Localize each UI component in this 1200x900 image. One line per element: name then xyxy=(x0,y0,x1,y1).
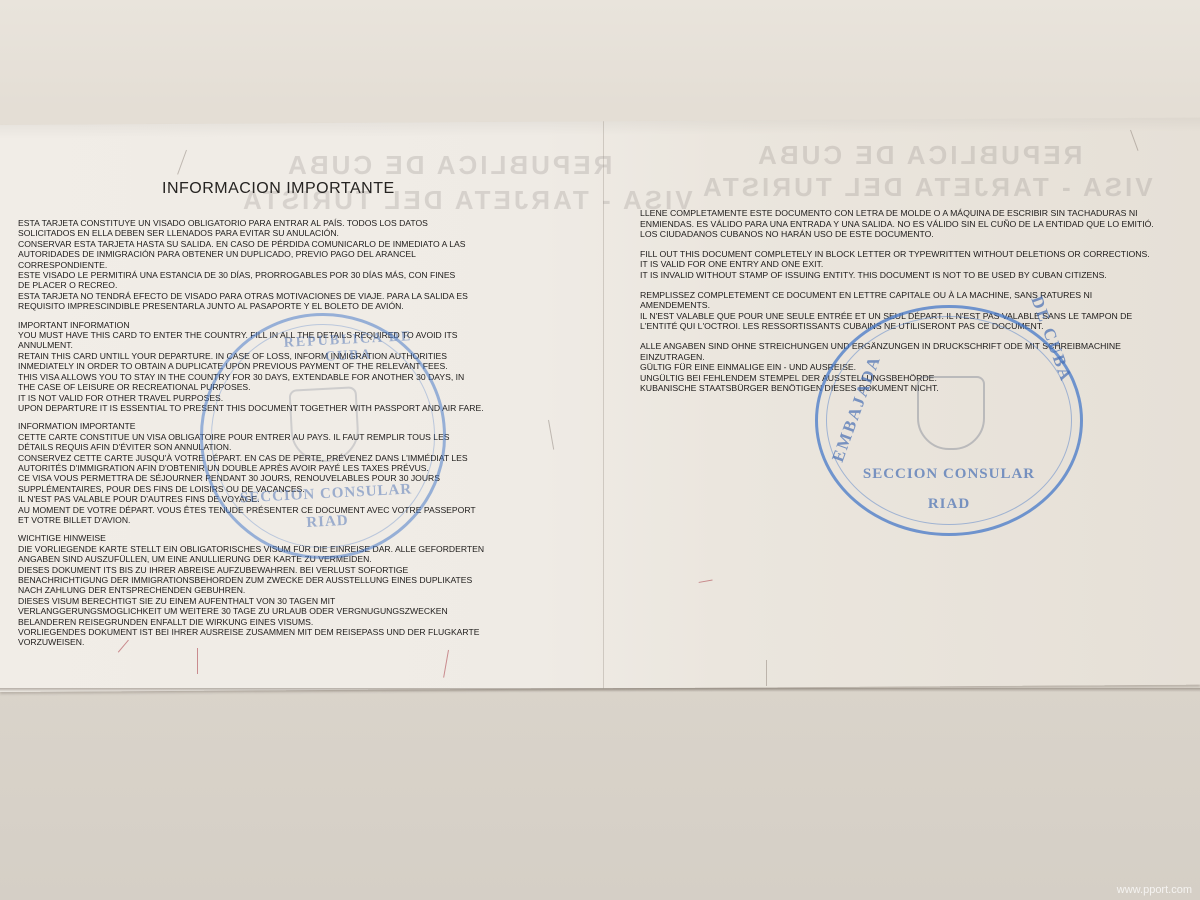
text-line: NACH ZAHLUNG DER ENTSPRECHENDEN GEBUHREN… xyxy=(18,585,538,595)
bleed-through-text-left-1: REPUBLICA DE CUBA xyxy=(285,150,612,181)
text-line: ENMIENDAS. ES VÁLIDO PARA UNA ENTRADA Y … xyxy=(640,219,1190,230)
bleed-through-text-right-1: REPUBLICA DE CUBA xyxy=(755,140,1082,171)
text-line: DIESES DOKUMENT ITS BIS ZU IHRER ABREISE… xyxy=(18,565,538,575)
bleed-through-text-right-2: VISA - TARJETA DEL TURISTA xyxy=(700,172,1153,203)
paper-fiber xyxy=(766,660,767,686)
text-line: CORRESPONDIENTE. xyxy=(18,260,538,270)
text-line: ESTA TARJETA NO TENDRÁ EFECTO DE VISADO … xyxy=(18,291,538,301)
section-es: LLENE COMPLETAMENTE ESTE DOCUMENTO CON L… xyxy=(640,208,1190,240)
section-es: ESTA TARJETA CONSTITUYE UN VISADO OBLIGA… xyxy=(18,218,538,312)
text-line: REMPLISSEZ COMPLETEMENT CE DOCUMENT EN L… xyxy=(640,290,1190,301)
watermark: www.pport.com xyxy=(1117,884,1192,896)
card-bottom-edge xyxy=(0,688,1200,692)
card-edge-shadow xyxy=(0,118,1200,139)
text-line: REQUISITO IMPRESCINDIBLE PRESENTARLA JUN… xyxy=(18,301,538,311)
stamp-bottom-text: RIAD xyxy=(818,496,1080,513)
paper-fiber xyxy=(197,648,198,674)
consular-stamp-right: EMBAJADA DE CUBA SECCION CONSULAR RIAD xyxy=(815,305,1083,536)
coat-of-arms-icon xyxy=(289,386,361,463)
text-line: AUTORIDADES DE INMIGRACIÓN PARA OBTENER … xyxy=(18,249,538,259)
text-line: BENACHRICHTIGUNG DER IMMIGRATIONSBEHORDE… xyxy=(18,575,538,585)
text-line: ANGABEN SIND AUSZUFÜLLEN, UM EINE ANULLI… xyxy=(18,554,538,564)
text-line: FILL OUT THIS DOCUMENT COMPLETELY IN BLO… xyxy=(640,249,1190,260)
text-line: DE PLACER O RECREO. xyxy=(18,280,538,290)
text-line: CONSERVAR ESTA TARJETA HASTA SU SALIDA. … xyxy=(18,239,538,249)
text-line: LLENE COMPLETAMENTE ESTE DOCUMENTO CON L… xyxy=(640,208,1190,219)
page-title: INFORMACION IMPORTANTE xyxy=(162,180,538,198)
text-line: DIESES VISUM BERECHTIGT SIE ZU EINEM AUF… xyxy=(18,596,538,606)
text-line: VORZUWEISEN. xyxy=(18,637,538,647)
text-line: IT IS VALID FOR ONE ENTRY AND ONE EXIT. xyxy=(640,259,1190,270)
text-line: BELANDEREN REISEGRUNDEN ENFALLT DIE WIRK… xyxy=(18,617,538,627)
stamp-center-text: SECCION CONSULAR xyxy=(818,466,1080,483)
section-en: FILL OUT THIS DOCUMENT COMPLETELY IN BLO… xyxy=(640,249,1190,281)
text-line: IT IS INVALID WITHOUT STAMP OF ISSUING E… xyxy=(640,270,1190,281)
text-line: SOLICITADOS EN ELLA DEBEN SER LLENADOS P… xyxy=(18,228,538,238)
text-line: VERLANGGERUNGSMOGLICHKEIT UM WEITERE 30 … xyxy=(18,606,538,616)
text-line: VORLIEGENDES DOKUMENT IST BEI IHRER AUSR… xyxy=(18,627,538,637)
text-line: ESTE VISADO LE PERMITIRÁ UNA ESTANCIA DE… xyxy=(18,270,538,280)
text-line: LOS CIUDADANOS CUBANOS NO HARÁN USO DE E… xyxy=(640,229,1190,240)
coat-of-arms-icon xyxy=(917,376,985,450)
text-line: ESTA TARJETA CONSTITUYE UN VISADO OBLIGA… xyxy=(18,218,538,228)
